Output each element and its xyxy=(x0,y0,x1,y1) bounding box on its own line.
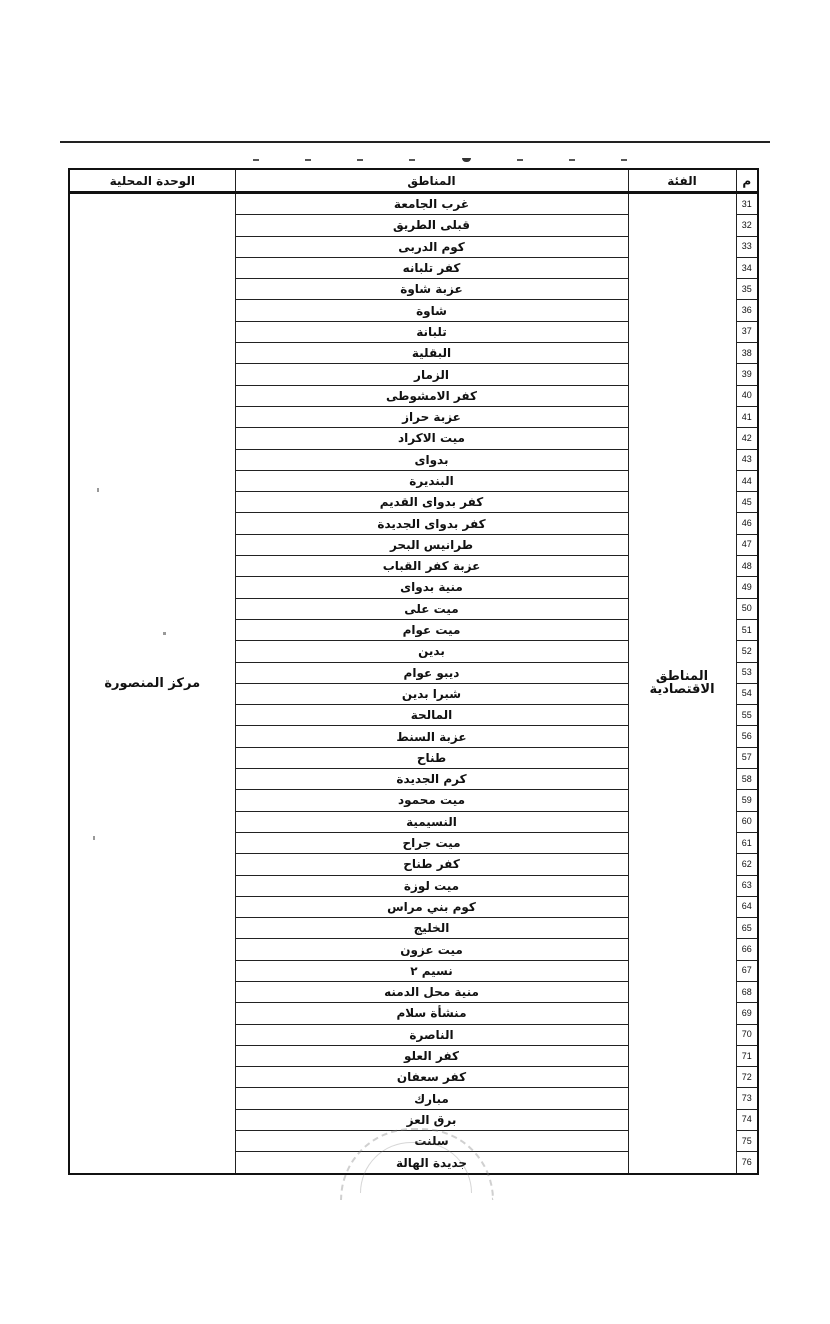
area-name: عزبة حراز xyxy=(235,406,628,427)
row-index: 42 xyxy=(736,428,758,449)
area-name: منشأة سلام xyxy=(235,1003,628,1024)
area-name: ميت على xyxy=(235,598,628,619)
area-name: عزبة كفر القباب xyxy=(235,556,628,577)
faint-title-remnant xyxy=(230,157,650,163)
row-index: 41 xyxy=(736,406,758,427)
row-index: 32 xyxy=(736,215,758,236)
row-index: 61 xyxy=(736,832,758,853)
area-name: كوم بني مراس xyxy=(235,896,628,917)
area-name: قبلى الطريق xyxy=(235,215,628,236)
area-name: عزبة السنط xyxy=(235,726,628,747)
row-index: 53 xyxy=(736,662,758,683)
row-index: 59 xyxy=(736,790,758,811)
area-name: تلبانة xyxy=(235,321,628,342)
header-rule xyxy=(60,141,770,143)
area-name: برق العز xyxy=(235,1109,628,1130)
area-name: عزبة شاوة xyxy=(235,279,628,300)
row-index: 46 xyxy=(736,513,758,534)
row-index: 43 xyxy=(736,449,758,470)
row-index: 67 xyxy=(736,960,758,981)
area-name: كفر الامشوطى xyxy=(235,385,628,406)
row-index: 39 xyxy=(736,364,758,385)
row-index: 74 xyxy=(736,1109,758,1130)
area-name: البقلية xyxy=(235,343,628,364)
row-index: 47 xyxy=(736,534,758,555)
area-name: شاوة xyxy=(235,300,628,321)
areas-table: م الفئة المناطق الوحدة المحلية 31المناطق… xyxy=(68,168,759,1175)
header-areas: المناطق xyxy=(235,169,628,193)
table-body: 31المناطق الاقتصاديةغرب الجامعةمركز المن… xyxy=(69,193,758,1174)
table-header-row: م الفئة المناطق الوحدة المحلية xyxy=(69,169,758,193)
area-name: ميت لوزة xyxy=(235,875,628,896)
row-index: 35 xyxy=(736,279,758,300)
row-index: 73 xyxy=(736,1088,758,1109)
row-index: 54 xyxy=(736,683,758,704)
area-name: منية بدواى xyxy=(235,577,628,598)
table-row: 31المناطق الاقتصاديةغرب الجامعةمركز المن… xyxy=(69,193,758,215)
header-local-unit: الوحدة المحلية xyxy=(69,169,235,193)
area-name: غرب الجامعة xyxy=(235,193,628,215)
scan-speck xyxy=(93,836,95,840)
row-index: 60 xyxy=(736,811,758,832)
area-name: النسيمية xyxy=(235,811,628,832)
area-name: الناصرة xyxy=(235,1024,628,1045)
area-name: بدين xyxy=(235,641,628,662)
row-index: 68 xyxy=(736,981,758,1002)
row-index: 40 xyxy=(736,385,758,406)
area-name: كفر العلو xyxy=(235,1045,628,1066)
row-index: 64 xyxy=(736,896,758,917)
area-name: كفر تلبانه xyxy=(235,257,628,278)
row-index: 34 xyxy=(736,257,758,278)
area-name: كفر بدواى القديم xyxy=(235,492,628,513)
row-index: 72 xyxy=(736,1067,758,1088)
area-name: البنديرة xyxy=(235,470,628,491)
row-index: 75 xyxy=(736,1131,758,1152)
area-name: كفر سعفان xyxy=(235,1067,628,1088)
area-name: الخليج xyxy=(235,918,628,939)
row-index: 55 xyxy=(736,705,758,726)
row-index: 37 xyxy=(736,321,758,342)
row-index: 56 xyxy=(736,726,758,747)
row-index: 58 xyxy=(736,769,758,790)
row-index: 38 xyxy=(736,343,758,364)
area-name: كفر طناح xyxy=(235,854,628,875)
area-name: نسيم ٢ xyxy=(235,960,628,981)
header-category: الفئة xyxy=(628,169,736,193)
row-index: 36 xyxy=(736,300,758,321)
area-name: ميت عزون xyxy=(235,939,628,960)
area-name: المالحة xyxy=(235,705,628,726)
row-index: 70 xyxy=(736,1024,758,1045)
row-index: 62 xyxy=(736,854,758,875)
category-cell: المناطق الاقتصادية xyxy=(628,193,736,1174)
row-index: 44 xyxy=(736,470,758,491)
row-index: 50 xyxy=(736,598,758,619)
scan-speck xyxy=(97,488,99,492)
area-name: بدواى xyxy=(235,449,628,470)
row-index: 63 xyxy=(736,875,758,896)
area-name: طرانيس البحر xyxy=(235,534,628,555)
row-index: 31 xyxy=(736,193,758,215)
area-name: ديبو عوام xyxy=(235,662,628,683)
area-name: مبارك xyxy=(235,1088,628,1109)
row-index: 52 xyxy=(736,641,758,662)
area-name: منية محل الدمنه xyxy=(235,981,628,1002)
row-index: 48 xyxy=(736,556,758,577)
area-name: ميت الاكراد xyxy=(235,428,628,449)
header-index: م xyxy=(736,169,758,193)
row-index: 76 xyxy=(736,1152,758,1174)
row-index: 66 xyxy=(736,939,758,960)
row-index: 33 xyxy=(736,236,758,257)
row-index: 49 xyxy=(736,577,758,598)
row-index: 71 xyxy=(736,1045,758,1066)
area-name: ميت محمود xyxy=(235,790,628,811)
area-name: الزمار xyxy=(235,364,628,385)
area-name: كوم الدربى xyxy=(235,236,628,257)
local-unit-cell: مركز المنصورة xyxy=(69,193,235,1174)
row-index: 69 xyxy=(736,1003,758,1024)
area-name: كفر بدواى الجديدة xyxy=(235,513,628,534)
row-index: 45 xyxy=(736,492,758,513)
area-name: كرم الجديدة xyxy=(235,769,628,790)
row-index: 51 xyxy=(736,619,758,640)
area-name: شبرا بدين xyxy=(235,683,628,704)
area-name: ميت عوام xyxy=(235,619,628,640)
row-index: 65 xyxy=(736,918,758,939)
area-name: جديدة الهالة xyxy=(235,1152,628,1174)
row-index: 57 xyxy=(736,747,758,768)
area-name: طناح xyxy=(235,747,628,768)
area-name: ميت جراح xyxy=(235,832,628,853)
scan-speck xyxy=(163,632,166,635)
area-name: سلنت xyxy=(235,1131,628,1152)
